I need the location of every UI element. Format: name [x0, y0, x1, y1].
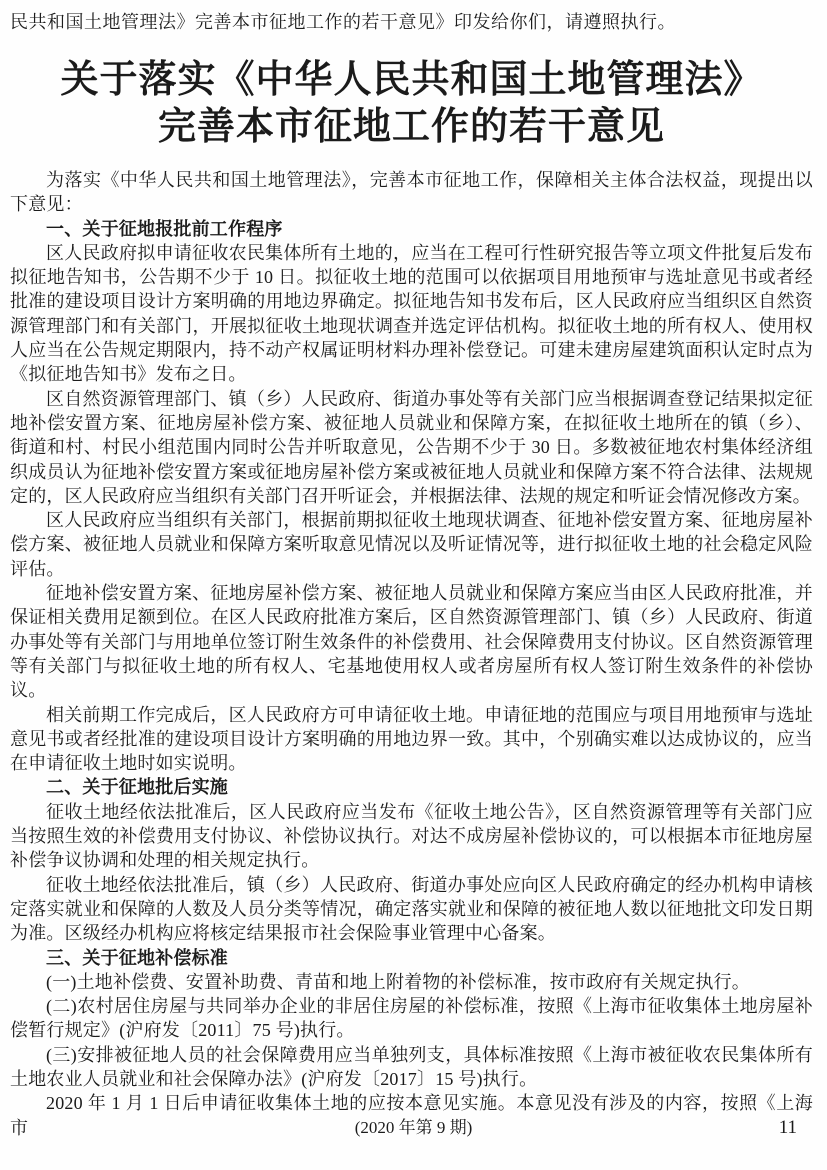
document-title: 关于落实《中华人民共和国土地管理法》 完善本市征地工作的若干意见 [10, 57, 813, 151]
paragraph: 区自然资源管理部门、镇（乡）人民政府、街道办事处等有关部门应当根据调查登记结果拟… [10, 387, 813, 508]
document-body: 为落实《中华人民共和国土地管理法》，完善本市征地工作，保障相关主体合法权益，现提… [10, 168, 813, 1140]
issue-label: (2020 年第 9 期) [355, 1118, 473, 1137]
paragraph-item-2: (二)农村居住房屋与共同举办企业的非居住房屋的补偿标准，按照《上海市征收集体土地… [10, 994, 813, 1043]
paragraph-intro: 为落实《中华人民共和国土地管理法》，完善本市征地工作，保障相关主体合法权益，现提… [10, 168, 813, 217]
section-heading-2: 二、关于征地批后实施 [10, 775, 813, 799]
title-line-1: 关于落实《中华人民共和国土地管理法》 [10, 57, 813, 104]
page-footer: (2020 年第 9 期) 11 [0, 1116, 827, 1140]
carryover-text: 民共和国土地管理法》完善本市征地工作的若干意见》印发给你们，请遵照执行。 [10, 10, 813, 35]
title-line-2: 完善本市征地工作的若干意见 [10, 104, 813, 151]
paragraph: 区人民政府应当组织有关部门，根据前期拟征收土地现状调查、征地补偿安置方案、征地房… [10, 508, 813, 581]
paragraph: 征收土地经依法批准后，区人民政府应当发布《征收土地公告》，区自然资源管理等有关部… [10, 800, 813, 873]
page-number: 11 [779, 1116, 797, 1140]
paragraph: 征收土地经依法批准后，镇（乡）人民政府、街道办事处应向区人民政府确定的经办机构申… [10, 873, 813, 946]
paragraph: 征地补偿安置方案、征地房屋补偿方案、被征地人员就业和保障方案应当由区人民政府批准… [10, 581, 813, 702]
paragraph-item-3: (三)安排被征地人员的社会保障费用应当单独列支，具体标准按照《上海市被征收农民集… [10, 1043, 813, 1092]
document-page: 民共和国土地管理法》完善本市征地工作的若干意见》印发给你们，请遵照执行。 关于落… [0, 0, 827, 1170]
paragraph: 相关前期工作完成后，区人民政府方可申请征收土地。申请征地的范围应与项目用地预审与… [10, 703, 813, 776]
paragraph: 区人民政府拟申请征收农民集体所有土地的，应当在工程可行性研究报告等立项文件批复后… [10, 241, 813, 387]
section-heading-1: 一、关于征地报批前工作程序 [10, 217, 813, 241]
section-heading-3: 三、关于征地补偿标准 [10, 946, 813, 970]
paragraph-item-1: (一)土地补偿费、安置补助费、青苗和地上附着物的补偿标准，按市政府有关规定执行。 [10, 970, 813, 994]
